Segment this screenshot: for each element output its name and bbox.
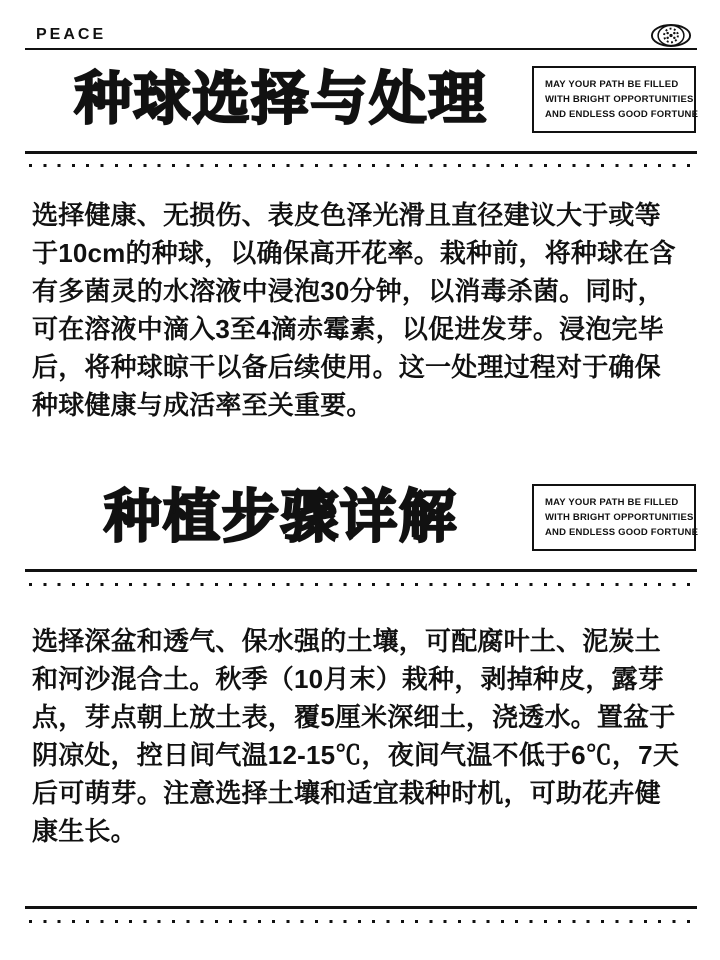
section1-title-row: 种球选择与处理 MAY YOUR PATH BE FILLED WITH BRI… (30, 58, 696, 140)
motto-line: MAY YOUR PATH BE FILLED (545, 495, 686, 510)
motto-line: MAY YOUR PATH BE FILLED (545, 77, 686, 92)
section1-title: 种球选择与处理 (30, 71, 532, 128)
motto-line: WITH BRIGHT OPPORTUNITIES (545, 92, 686, 107)
section1-body: 选择健康、无损伤、表皮色泽光滑且直径建议大于或等于10cm的种球，以确保高开花率… (32, 196, 684, 424)
dotted-divider (29, 164, 697, 167)
motto-line: WITH BRIGHT OPPORTUNITIES (545, 510, 686, 525)
motto-box: MAY YOUR PATH BE FILLED WITH BRIGHT OPPO… (532, 484, 696, 551)
motto-line: AND ENDLESS GOOD FORTUNE (545, 525, 686, 540)
section2-body: 选择深盆和透气、保水强的土壤，可配腐叶土、泥炭土和河沙混合土。秋季（10月末）栽… (32, 622, 684, 850)
poster-page: PEACE 种球选择与处理 MAY YOUR PATH BE FILLED WI… (0, 0, 720, 960)
section2-title: 种植步骤详解 (30, 489, 532, 546)
solid-divider (25, 906, 697, 909)
solid-divider (25, 151, 697, 154)
solid-divider (25, 569, 697, 572)
brand-wordmark: PEACE (36, 26, 106, 44)
motto-line: AND ENDLESS GOOD FORTUNE (545, 107, 686, 122)
section2-title-row: 种植步骤详解 MAY YOUR PATH BE FILLED WITH BRIG… (30, 476, 696, 558)
motto-box: MAY YOUR PATH BE FILLED WITH BRIGHT OPPO… (532, 66, 696, 133)
header-divider (25, 48, 697, 50)
dotted-divider (29, 920, 697, 923)
dotted-divider (29, 583, 697, 586)
